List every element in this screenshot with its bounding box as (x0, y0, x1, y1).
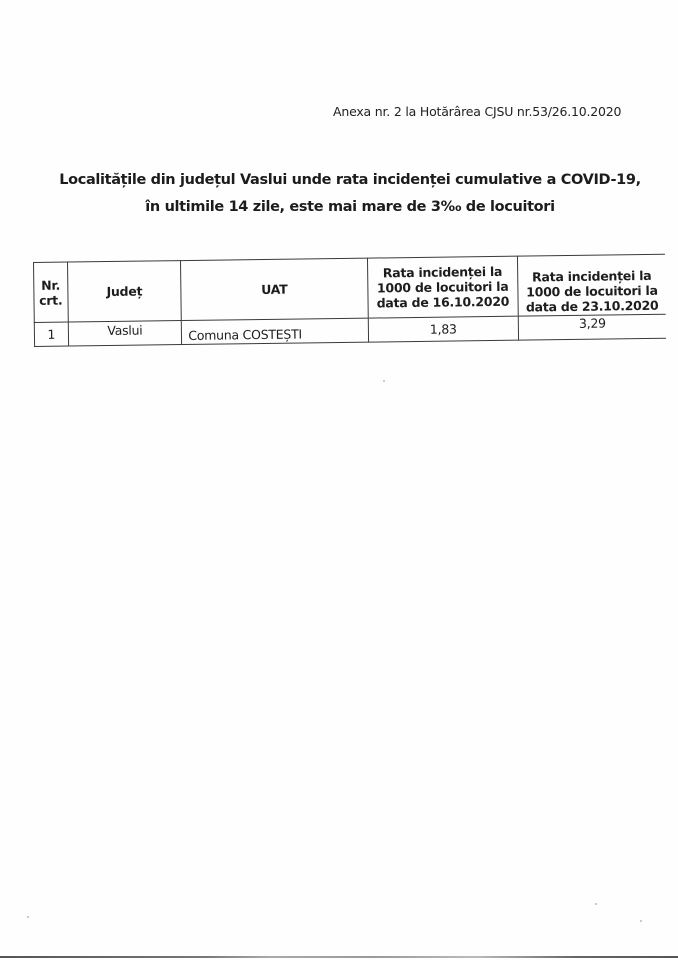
cell-rate-16-10: 1,83 (368, 316, 519, 342)
page-bottom-edge (0, 956, 678, 958)
cell-judet: Vaslui (68, 321, 182, 346)
localities-table-wrapper: Nr. crt. Județ UAT Rata incidenței la 10… (33, 254, 666, 347)
cell-nr: 1 (34, 322, 68, 346)
scan-speck (640, 920, 642, 922)
cell-uat: Comuna COSTEȘTI (182, 318, 369, 344)
document-title-line-1: Localitățile din județul Vaslui unde rat… (40, 172, 660, 188)
document-title-line-2: în ultimile 14 zile, este mai mare de 3‰… (40, 199, 660, 215)
cell-rate-23-10: 3,29 (518, 314, 666, 340)
header-judet: Județ (67, 261, 181, 322)
localities-table: Nr. crt. Județ UAT Rata incidenței la 10… (33, 254, 666, 347)
header-uat: UAT (181, 258, 368, 320)
scan-speck (27, 916, 29, 918)
scan-speck (595, 903, 597, 905)
annex-reference: Anexa nr. 2 la Hotărârea CJSU nr.53/26.1… (333, 104, 621, 119)
document-page: Anexa nr. 2 la Hotărârea CJSU nr.53/26.1… (0, 0, 678, 960)
header-rate-16-10: Rata incidenței la 1000 de locuitori la … (367, 256, 518, 318)
scan-speck (383, 380, 385, 382)
header-rate-23-10: Rata incidenței la 1000 de locuitori la … (518, 254, 666, 316)
table-header-row: Nr. crt. Județ UAT Rata incidenței la 10… (34, 254, 666, 322)
header-nr-crt: Nr. crt. (34, 262, 68, 322)
